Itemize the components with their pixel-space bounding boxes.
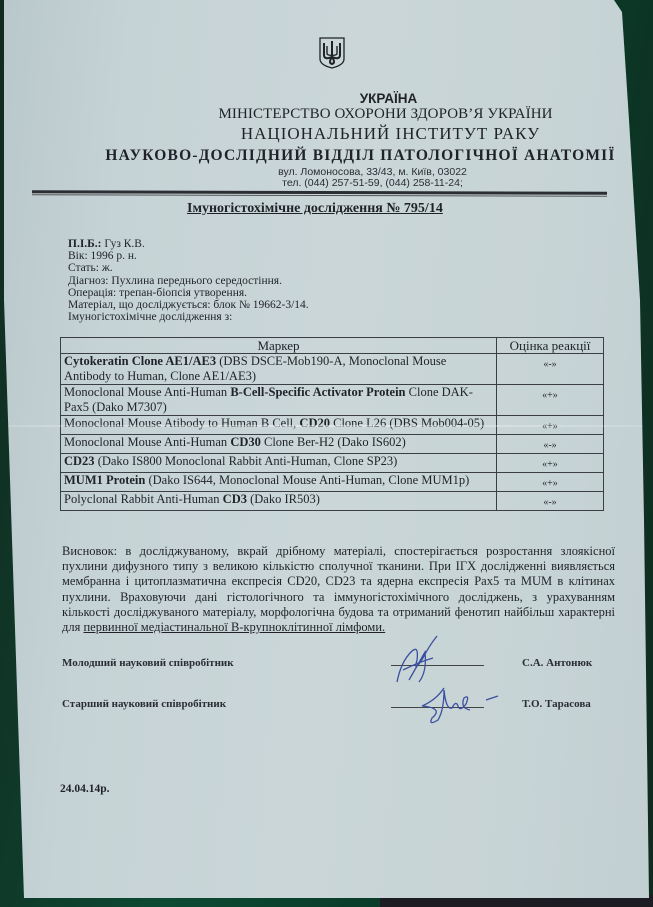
document-title: Імуногістохімічне дослідження № 795/14 — [187, 201, 443, 217]
coat-of-arms-icon — [319, 37, 345, 69]
marker-text: Monoclonal Mouse Anti-Human — [64, 435, 230, 449]
score-cell: «-» — [497, 354, 604, 385]
document-date: 24.04.14р. — [60, 783, 110, 795]
table-row: CD23 (Dako IS800 Monoclonal Rabbit Anti-… — [61, 454, 604, 473]
marker-name: Cytokeratin Clone AE1/AE3 — [64, 354, 216, 368]
document-page: УКРАЇНА МІНІСТЕРСТВО ОХОРОНИ ЗДОРОВ’Я УК… — [4, 0, 649, 898]
marker-name: CD30 — [230, 435, 261, 449]
table-row: Monoclonal Mouse Anti-Human CD30 Clone B… — [61, 435, 604, 454]
signature-name-junior: С.А. Антонюк — [522, 657, 592, 669]
header-divider-thin — [32, 194, 607, 197]
marker-text: Monoclonal Mouse Atibody to Human B Cell… — [64, 416, 299, 430]
table-header-row: Маркер Оцінка реакції — [61, 338, 604, 354]
marker-cell: Monoclonal Mouse Anti-Human B-Cell-Speci… — [61, 385, 497, 416]
marker-name: MUM1 Protein — [64, 473, 145, 487]
marker-name: CD23 — [64, 454, 95, 468]
table-row: Monoclonal Mouse Atibody to Human B Cell… — [61, 416, 604, 435]
ihc-intro: Імуногістохімічне дослідження з: — [68, 311, 309, 323]
header-ministry: МІНІСТЕРСТВО ОХОРОНИ ЗДОРОВ’Я УКРАЇНИ — [59, 106, 653, 123]
score-cell: «-» — [497, 492, 604, 511]
patient-info: П.І.Б.: Гуз К.В. Вік: 1996 р. н. Стать: … — [68, 238, 309, 323]
header-marker: Маркер — [61, 338, 497, 354]
signature-junior-icon — [389, 632, 449, 687]
conclusion-diagnosis: первинної медіастинальної В-крупноклітин… — [83, 620, 385, 634]
header-country: УКРАЇНА — [62, 91, 653, 106]
patient-diagnosis: Діагноз: Пухлина переднього середостіння… — [68, 275, 309, 287]
patient-material: Матеріал, що досліджується: блок № 19662… — [68, 299, 309, 311]
patient-name-label: П.І.Б.: — [68, 238, 101, 250]
table-row: Monoclonal Mouse Anti-Human B-Cell-Speci… — [61, 385, 604, 416]
patient-name-value: Гуз К.В. — [101, 238, 144, 250]
marker-name: B-Cell-Specific Activator Protein — [230, 385, 405, 399]
marker-cell: Cytokeratin Clone AE1/AE3 (DBS DSCE-Mob1… — [61, 354, 497, 385]
marker-text: (Dako IS800 Monoclonal Rabbit Anti-Human… — [95, 454, 398, 468]
marker-text: (Dako IS644, Monoclonal Mouse Anti-Human… — [145, 473, 469, 487]
marker-table: Маркер Оцінка реакції Cytokeratin Clone … — [60, 337, 604, 511]
signature-senior-icon — [414, 680, 504, 730]
marker-cell: MUM1 Protein (Dako IS644, Monoclonal Mou… — [61, 473, 497, 492]
marker-text: (Dako IR503) — [247, 492, 320, 506]
marker-name: CD3 — [223, 492, 247, 506]
marker-text: Monoclonal Mouse Anti-Human — [64, 385, 230, 399]
signature-role-senior: Старший науковий співробітник — [62, 698, 226, 710]
marker-text: Clone Ber-H2 (Dako IS602) — [261, 435, 406, 449]
marker-cell: Monoclonal Mouse Anti-Human CD30 Clone B… — [61, 435, 497, 454]
signature-name-senior: Т.О. Тарасова — [522, 698, 591, 710]
score-cell: «-» — [497, 435, 604, 454]
table-row: MUM1 Protein (Dako IS644, Monoclonal Mou… — [61, 473, 604, 492]
score-cell: «+» — [497, 454, 604, 473]
conclusion: Висновок: в досліджуваному, вкрай дрібно… — [62, 544, 615, 635]
table-row: Cytokeratin Clone AE1/AE3 (DBS DSCE-Mob1… — [61, 354, 604, 385]
marker-text: Clone L26 (DBS Mob004-05) — [330, 416, 484, 430]
score-cell: «+» — [497, 385, 604, 416]
marker-cell: CD23 (Dako IS800 Monoclonal Rabbit Anti-… — [61, 454, 497, 473]
patient-operation: Операція: трепан-біопсія утворення. — [68, 287, 309, 299]
marker-name: CD20 — [299, 416, 330, 430]
marker-cell: Monoclonal Mouse Atibody to Human B Cell… — [61, 416, 497, 435]
marker-text: Polyclonal Rabbit Anti-Human — [64, 492, 223, 506]
header-department: НАУКОВО-ДОСЛІДНИЙ ВІДДІЛ ПАТОЛОГІЧНОЇ АН… — [34, 147, 653, 165]
patient-age: Вік: 1996 р. н. — [68, 250, 309, 262]
marker-cell: Polyclonal Rabbit Anti-Human CD3 (Dako I… — [61, 492, 497, 511]
table-row: Polyclonal Rabbit Anti-Human CD3 (Dako I… — [61, 492, 604, 511]
header-institute: НАЦІОНАЛЬНИЙ ІНСТИТУТ РАКУ — [64, 124, 653, 144]
score-cell: «+» — [497, 416, 604, 435]
signature-role-junior: Молодший науковий співробітник — [62, 657, 234, 669]
patient-name: П.І.Б.: Гуз К.В. — [68, 238, 309, 250]
score-cell: «+» — [497, 473, 604, 492]
header-score: Оцінка реакції — [497, 338, 604, 354]
header-phone: тел. (044) 257-51-59, (044) 258-11-24; — [46, 177, 653, 189]
patient-sex: Стать: ж. — [68, 262, 309, 274]
